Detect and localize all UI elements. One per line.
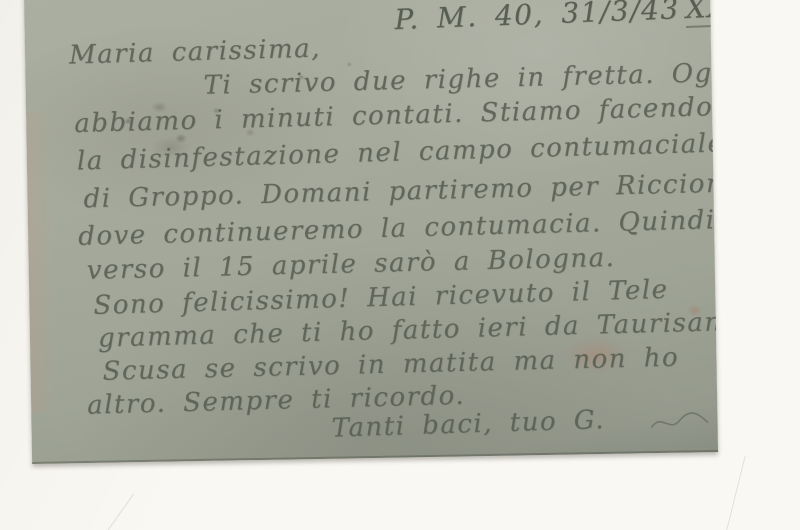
date-line: P. M. 40, 31/3/43XXI xyxy=(394,0,718,36)
letter-line: dove continueremo la contumacia. Quindi xyxy=(78,205,716,252)
date-text: P. M. 40, 31/3/43 xyxy=(394,0,680,36)
scan-crease xyxy=(107,494,134,530)
scanned-image: P. M. 40, 31/3/43XXI Maria carissima, Ti… xyxy=(0,0,800,530)
salutation-line: Maria carissima, xyxy=(69,34,322,71)
scan-crease xyxy=(725,456,745,530)
signature-flourish xyxy=(649,408,709,435)
date-year-roman: XXI xyxy=(685,0,718,28)
postcard-paper: P. M. 40, 31/3/43XXI Maria carissima, Ti… xyxy=(24,0,718,464)
paper-edge-tint xyxy=(26,112,57,412)
